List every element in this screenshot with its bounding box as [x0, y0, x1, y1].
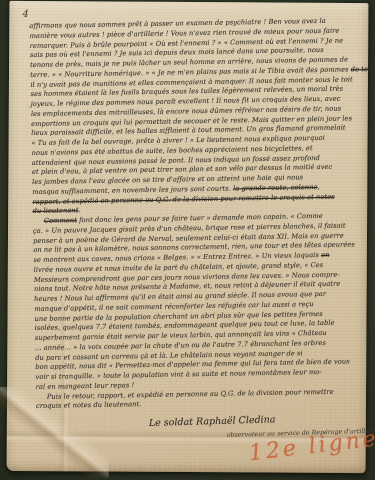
- line-text: ral en mangeant leur repas !: [36, 381, 135, 391]
- struck-text: Comment: [44, 216, 77, 225]
- struck-text: la grande route, colonne: [233, 183, 318, 192]
- struck-text: en: [321, 251, 330, 259]
- line-text: ,: [317, 183, 319, 191]
- struck-text: du lieutenant: [33, 206, 79, 215]
- signature-name: Le soldat Raphaël Cledina: [149, 414, 276, 429]
- line-text: .: [78, 206, 80, 214]
- struck-text: de terre: [351, 65, 375, 73]
- page-number: 4: [22, 10, 28, 20]
- letter-page: 4 affirmons que nous sommes prêt à passe…: [7, 1, 369, 473]
- manuscript-text: affirmons que nous sommes prêt à passer …: [29, 16, 366, 412]
- line-text: croquis et notes du lieutenant.: [36, 400, 142, 410]
